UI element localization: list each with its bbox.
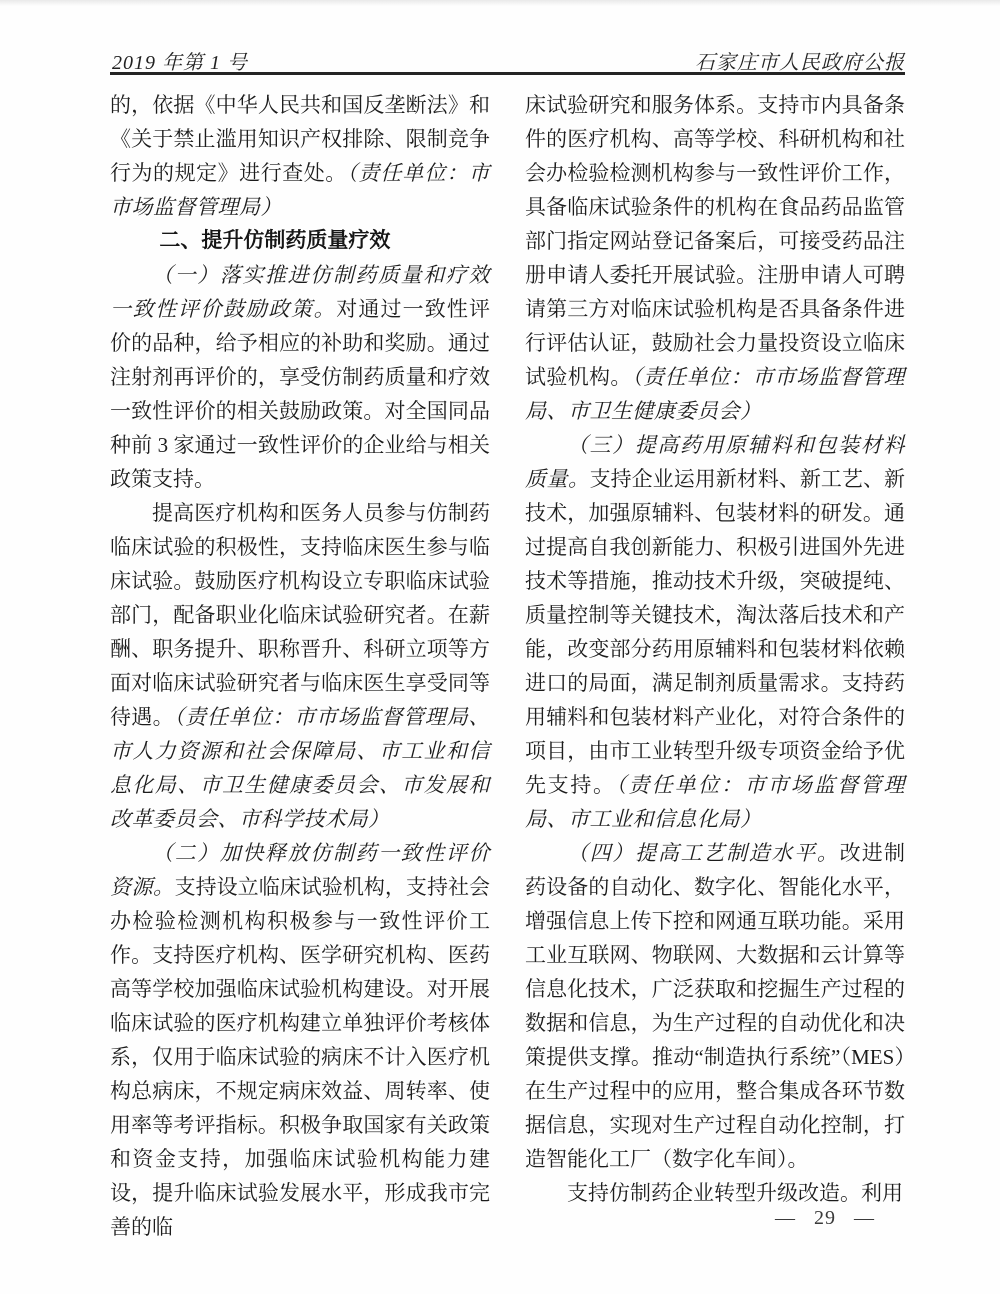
text-segment: 改进制药设备的自动化、数字化、智能化水平，增强信息上传下控和网通互联功能。采用工…: [525, 841, 905, 1171]
publication-title: 石家庄市人民政府公报: [695, 46, 905, 75]
paragraph: 的，依据《中华人民共和国反垄断法》和《关于禁止滥用知识产权排除、限制竞争行为的规…: [110, 88, 490, 224]
kai-text-segment: （四）提高工艺制造水平。: [567, 841, 840, 865]
paragraph: （一）落实推进仿制药质量和疗效一致性评价鼓励政策。对通过一致性评价的品种，给予相…: [110, 258, 490, 496]
text-segment: 支持仿制药企业转型升级改造。利用: [567, 1181, 903, 1205]
scan-edge: [0, 0, 1000, 6]
paragraph: 提高医疗机构和医务人员参与仿制药临床试验的积极性，支持临床医生参与临床试验。鼓励…: [110, 496, 490, 836]
issue-number: 2019 年第 1 号: [112, 46, 248, 75]
paragraph: （二）加快释放仿制药一致性评价资源。支持设立临床试验机构，支持社会办检验检测机构…: [110, 836, 490, 1244]
body-columns: 的，依据《中华人民共和国反垄断法》和《关于禁止滥用知识产权排除、限制竞争行为的规…: [110, 88, 905, 1244]
text-segment: 支持设立临床试验机构，支持社会办检验检测机构积极参与一致性评价工作。支持医疗机构…: [110, 875, 490, 1239]
text-segment: 二、提升仿制药质量疗效: [159, 229, 390, 252]
text-segment: 对通过一致性评价的品种，给予相应的补助和奖励。通过注射剂再评价的，享受仿制药质量…: [110, 297, 490, 491]
gazette-page: 2019 年第 1 号 石家庄市人民政府公报 的，依据《中华人民共和国反垄断法》…: [0, 0, 1000, 1294]
section-heading: 二、提升仿制药质量疗效: [110, 224, 490, 258]
page-header: 2019 年第 1 号 石家庄市人民政府公报: [112, 46, 905, 75]
text-segment: 支持企业运用新材料、新工艺、新技术，加强原辅料、包装材料的研发。通过提高自我创新…: [525, 467, 905, 797]
text-segment: 提高医疗机构和医务人员参与仿制药临床试验的积极性，支持临床医生参与临床试验。鼓励…: [110, 501, 490, 729]
text-segment: 床试验研究和服务体系。支持市内具备条件的医疗机构、高等学校、科研机构和社会办检验…: [525, 93, 905, 389]
column-right: 床试验研究和服务体系。支持市内具备条件的医疗机构、高等学校、科研机构和社会办检验…: [525, 88, 905, 1244]
paragraph: （四）提高工艺制造水平。改进制药设备的自动化、数字化、智能化水平，增强信息上传下…: [525, 836, 905, 1176]
header-rule: [110, 72, 905, 75]
paragraph: 床试验研究和服务体系。支持市内具备条件的医疗机构、高等学校、科研机构和社会办检验…: [525, 88, 905, 428]
page-number: — 29 —: [775, 1203, 875, 1233]
column-left: 的，依据《中华人民共和国反垄断法》和《关于禁止滥用知识产权排除、限制竞争行为的规…: [110, 88, 490, 1244]
paragraph: （三）提高药用原辅料和包装材料质量。支持企业运用新材料、新工艺、新技术，加强原辅…: [525, 428, 905, 836]
